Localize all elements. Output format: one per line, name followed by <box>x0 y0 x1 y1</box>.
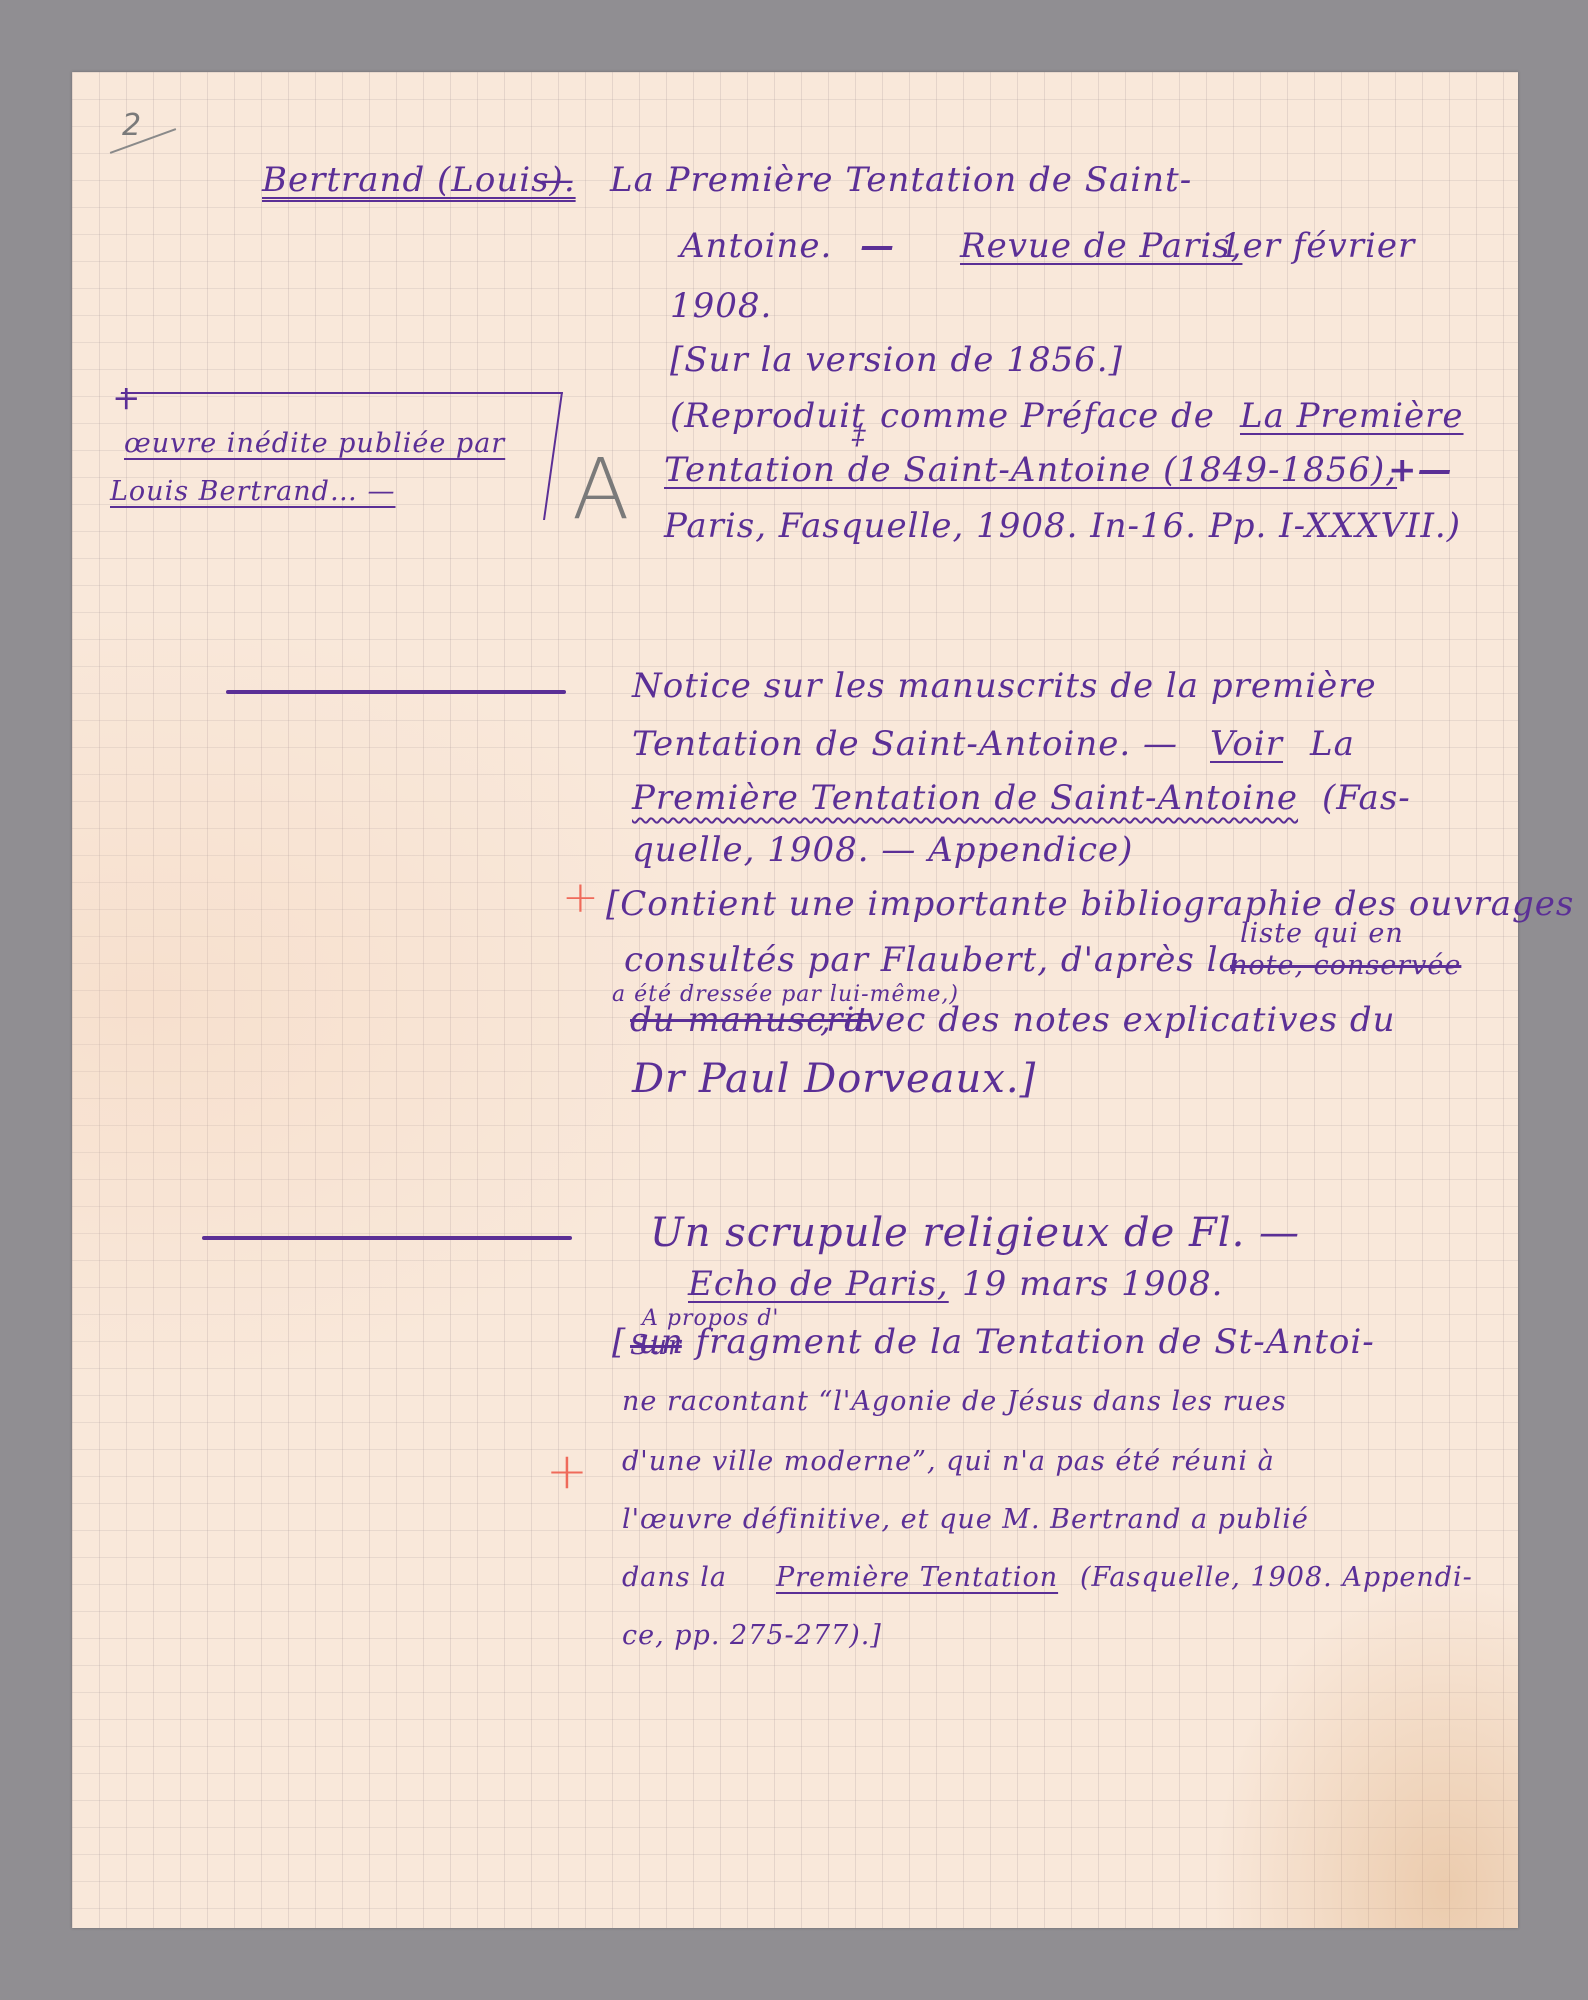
entry3-line7-title: Première Tentation <box>776 1562 1058 1593</box>
entry3-line7-b: (Fasquelle, 1908. Appendi- <box>1080 1562 1473 1593</box>
entry1-title-line1: La Première Tentation de Saint- <box>610 160 1192 200</box>
entry2-line5: [Contient une importante bibliographie d… <box>606 884 1574 924</box>
entry2-line6-a: consultés par Flaubert, d'après la <box>624 940 1240 980</box>
entry1-repro-line1-b: comme Préface de <box>880 396 1215 436</box>
entry2-line1: Notice sur les manuscrits de la première <box>632 666 1377 706</box>
entry3-line8: ce, pp. 275-277).] <box>622 1620 882 1651</box>
entry2-line3-tail: (Fas- <box>1322 778 1411 818</box>
entry2-line4: quelle, 1908. — Appendice) <box>632 830 1133 870</box>
entry1-repro-line1-c: La Première <box>1240 396 1464 436</box>
entry1-title-line2: Antoine. <box>680 226 832 266</box>
page-number-pencil: 2 <box>122 108 141 143</box>
entry2-line9: Dr Paul Dorveaux.] <box>632 1056 1036 1102</box>
entry1-repro-line2: Tentation de Saint-Antoine (1849-1856), <box>664 450 1397 490</box>
margin-note-line2: Louis Bertrand… — <box>110 476 395 507</box>
entry2-line3-title: Première Tentation de Saint-Antoine <box>632 778 1298 818</box>
entry1-date: 1er février <box>1220 226 1415 266</box>
entry1-dash: — <box>540 160 575 200</box>
pencil-a-mark: A <box>572 440 629 538</box>
entry1-insert-mark: ‡ <box>852 420 867 451</box>
entry-divider-2 <box>202 1236 572 1240</box>
entry1-separator: — <box>860 226 895 266</box>
entry2-line8-rest: , avec des notes explicatives du <box>820 1000 1396 1040</box>
entry3-line1: Un scrupule religieux de Fl. — <box>650 1210 1300 1256</box>
entry3-date: 19 mars 1908. <box>962 1264 1223 1304</box>
entry2-line6-insert: liste qui en <box>1240 918 1404 949</box>
red-pencil-cross-2: + <box>546 1442 588 1500</box>
entry1-version-note: [Sur la version de 1856.] <box>670 340 1123 380</box>
entry3-line6: l'œuvre définitive, et que M. Bertrand a… <box>622 1504 1309 1535</box>
entry3-line7-a: dans la <box>622 1562 727 1593</box>
entry3-journal: Echo de Paris, <box>688 1264 949 1304</box>
margin-note-line1: œuvre inédite publiée par <box>124 428 505 459</box>
entry2-line6-strike: note, conservée <box>1230 950 1461 981</box>
entry3-line3: [ un fragment de la Tentation de St-Anto… <box>612 1322 1375 1362</box>
margin-note-cross: + <box>112 378 142 418</box>
entry2-voir: Voir <box>1210 724 1283 764</box>
red-pencil-cross-1: + <box>562 872 599 923</box>
entry1-year: 1908. <box>670 286 772 326</box>
entry1-journal: Revue de Paris, <box>960 226 1242 266</box>
entry2-la: La <box>1310 724 1355 764</box>
entry1-repro-cross: +— <box>1388 450 1453 490</box>
entry-divider-1 <box>226 690 566 694</box>
entry3-line5: d'une ville moderne”, qui n'a pas été ré… <box>622 1446 1275 1477</box>
entry3-line4: ne racontant “l'Agonie de Jésus dans les… <box>622 1386 1287 1417</box>
entry1-repro-line1-a: (Reproduit <box>670 396 866 436</box>
entry1-repro-line3: Paris, Fasquelle, 1908. In-16. Pp. I-XXX… <box>664 506 1461 546</box>
entry1-author: Bertrand (Louis). <box>262 160 576 200</box>
entry2-line2-a: Tentation de Saint-Antoine. — <box>632 724 1178 764</box>
